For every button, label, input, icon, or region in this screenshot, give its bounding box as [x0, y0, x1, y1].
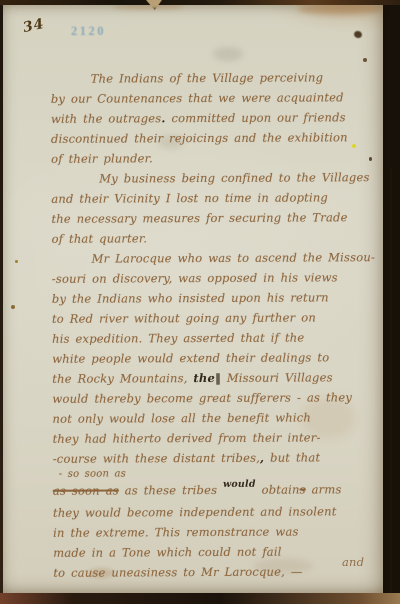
manuscript-line: would thereby become great sufferers - a… [52, 387, 362, 409]
manuscript-segment: by our Countenances that we were acquain… [51, 90, 344, 106]
paper-speck [363, 58, 367, 62]
manuscript-line: to Red river without going any further o… [52, 307, 362, 329]
manuscript-line: as soon as as these tribes would obtains… [53, 479, 363, 503]
manuscript-line: Mr Larocque who was to ascend the Missou… [52, 247, 362, 269]
paper-smudge [213, 47, 243, 61]
manuscript-line: white people would extend their dealings… [52, 347, 362, 369]
manuscript-line: of their plunder. [51, 147, 361, 169]
manuscript-line: not only would lose all the benefit whic… [52, 407, 362, 429]
page-top-edge [0, 0, 400, 5]
manuscript-segment: but that [264, 450, 320, 464]
manuscript-line: by the Indians who insisted upon his ret… [52, 287, 362, 309]
manuscript-segment: the Rocky Mountains, [52, 371, 193, 386]
manuscript-segment-dark: the‖ [193, 371, 221, 385]
paper-speck [369, 157, 372, 161]
manuscript-segment: -souri on discovery, was opposed in his … [52, 270, 338, 285]
manuscript-segment: to Red river without going any further o… [52, 310, 316, 325]
manuscript-segment: My business being confined to the Villag… [99, 170, 369, 185]
ink-spot [353, 30, 363, 39]
paper-speck [11, 305, 15, 309]
manuscript-line: and their Vicinity I lost no time in ado… [51, 187, 361, 209]
manuscript-segment: white people would extend their dealings… [52, 350, 329, 365]
manuscript-line: in the extreme. This remonstrance was [53, 521, 363, 543]
manuscript-segment: by the Indians who insisted upon his ret… [52, 290, 329, 305]
archive-stamp-number: 2120 [71, 24, 106, 39]
catchword: and [342, 555, 364, 569]
manuscript-line: his expedition. They asserted that if th… [52, 327, 362, 349]
manuscript-photo: 34 2120 The Indians of the Village perce… [0, 0, 400, 604]
folio-number: 34 [22, 16, 46, 36]
manuscript-segment: and their Vicinity I lost no time in ado… [51, 190, 328, 205]
manuscript-page: 34 2120 The Indians of the Village perce… [3, 5, 383, 593]
manuscript-segment: -course with these distant tribes, [53, 451, 260, 466]
manuscript-segment-supdark: would [223, 479, 256, 490]
manuscript-line: by our Countenances that we were acquain… [51, 87, 361, 109]
manuscript-segment: Missouri Villages [221, 370, 333, 385]
paper-speck [15, 260, 18, 263]
manuscript-segment: they had hitherto derived from their int… [53, 430, 321, 445]
manuscript-line: the Rocky Mountains, the‖ Missouri Villa… [52, 367, 362, 389]
manuscript-segment-strike: as soon as [53, 483, 119, 497]
manuscript-line: they had hitherto derived from their int… [53, 427, 363, 449]
manuscript-line: to cause uneasiness to Mr Larocque, — [53, 561, 363, 583]
manuscript-line: made in a Tone which could not fail [53, 541, 363, 563]
manuscript-segment: made in a Tone which could not fail [53, 545, 281, 560]
manuscript-segment: with the outrages [51, 111, 162, 126]
book-page-edges [383, 0, 400, 604]
manuscript-segment: - so soon as [59, 468, 126, 479]
manuscript-segment: the necessary measures for securing the … [51, 210, 347, 226]
manuscript-segment: not only would lose all the benefit whic… [52, 410, 311, 425]
page-left-edge [0, 0, 3, 604]
manuscript-segment: of that quarter. [52, 231, 148, 246]
manuscript-line: with the outrages. committed upon our fr… [51, 107, 361, 129]
manuscript-segment: Mr Larocque who was to ascend the Missou… [92, 250, 375, 265]
manuscript-text: The Indians of the Village perceivingby … [51, 67, 364, 583]
manuscript-segment: would thereby become great sufferers - a… [52, 390, 352, 406]
manuscript-segment: of their plunder. [51, 151, 153, 166]
manuscript-segment: committed upon our friends [166, 110, 346, 125]
manuscript-line: they would become independent and insole… [53, 501, 363, 523]
page-bottom-edge [0, 593, 400, 604]
manuscript-segment: arms [306, 482, 342, 496]
manuscript-segment: The Indians of the Village perceiving [91, 70, 323, 85]
manuscript-line: of that quarter. [51, 227, 361, 249]
manuscript-line: the necessary measures for securing the … [51, 207, 361, 229]
manuscript-line: My business being confined to the Villag… [51, 167, 361, 189]
manuscript-segment: discontinued their rejoicings and the ex… [51, 130, 348, 146]
manuscript-segment: they would become independent and insole… [53, 504, 337, 519]
manuscript-line: -souri on discovery, was opposed in his … [52, 267, 362, 289]
manuscript-segment: his expedition. They asserted that if th… [52, 330, 304, 345]
manuscript-segment: to cause uneasiness to Mr Larocque, — [53, 565, 302, 580]
manuscript-segment: in the extreme. This remonstrance was [53, 525, 299, 540]
manuscript-segment: obtain [256, 483, 300, 497]
manuscript-line: discontinued their rejoicings and the ex… [51, 127, 361, 149]
manuscript-segment: as these tribes [119, 483, 223, 498]
manuscript-line: The Indians of the Village perceiving [51, 67, 361, 89]
manuscript-line: -course with these distant tribes,, but … [53, 447, 363, 469]
